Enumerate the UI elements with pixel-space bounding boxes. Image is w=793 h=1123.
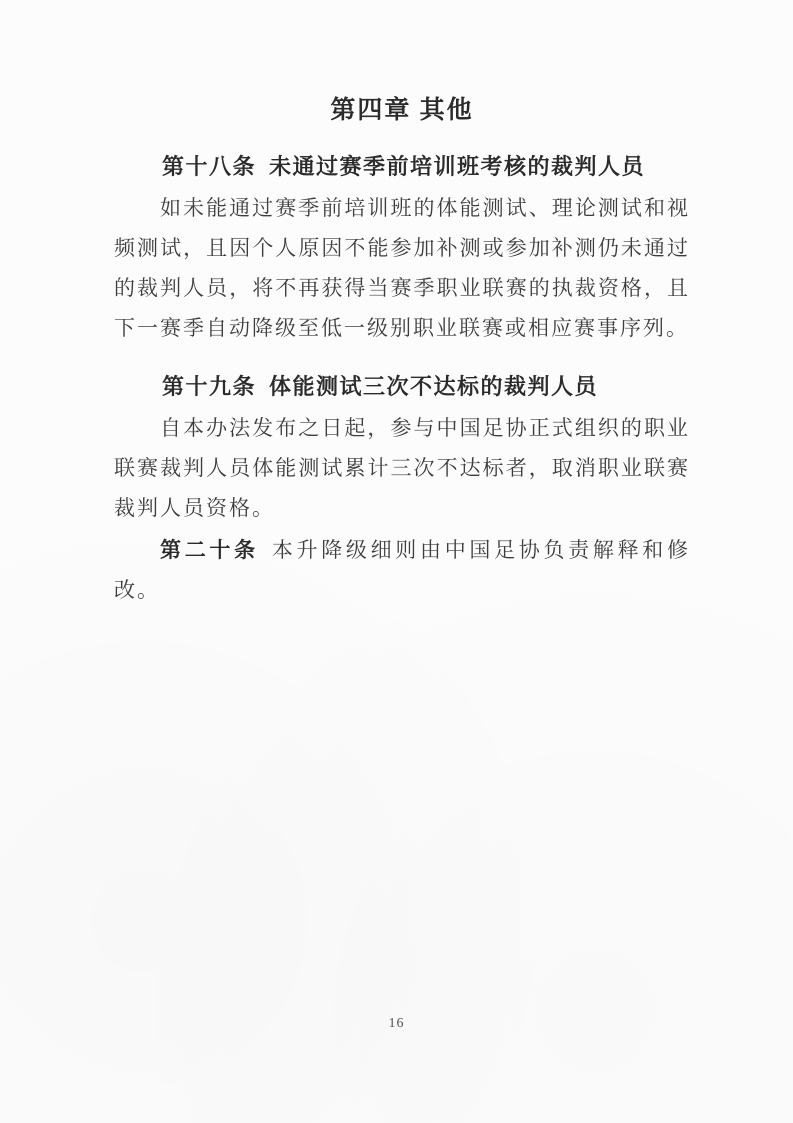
article-18-term: 第十八条 bbox=[162, 154, 256, 179]
article-18-title: 未通过赛季前培训班考核的裁判人员 bbox=[269, 154, 645, 179]
document-page: 第四章 其他 第十八条未通过赛季前培训班考核的裁判人员 如未能通过赛季前培训班的… bbox=[0, 0, 793, 1123]
article-19-heading: 第十九条体能测试三次不达标的裁判人员 bbox=[114, 368, 690, 406]
article-20-term: 第二十条 bbox=[160, 538, 259, 562]
article-19-term: 第十九条 bbox=[162, 374, 256, 399]
page-content: 第四章 其他 第十八条未通过赛季前培训班考核的裁判人员 如未能通过赛季前培训班的… bbox=[114, 94, 690, 610]
article-19-body: 自本办法发布之日起，参与中国足协正式组织的职业联赛裁判人员体能测试累计三次不达标… bbox=[114, 408, 690, 528]
article-20-line: 第二十条本升降级细则由中国足协负责解释和修改。 bbox=[114, 530, 690, 610]
page-number: 16 bbox=[0, 1014, 793, 1034]
article-18-heading: 第十八条未通过赛季前培训班考核的裁判人员 bbox=[114, 148, 690, 186]
chapter-title: 第四章 其他 bbox=[114, 94, 690, 128]
article-19-title: 体能测试三次不达标的裁判人员 bbox=[269, 374, 598, 399]
article-18-body: 如未能通过赛季前培训班的体能测试、理论测试和视频测试，且因个人原因不能参加补测或… bbox=[114, 188, 690, 348]
